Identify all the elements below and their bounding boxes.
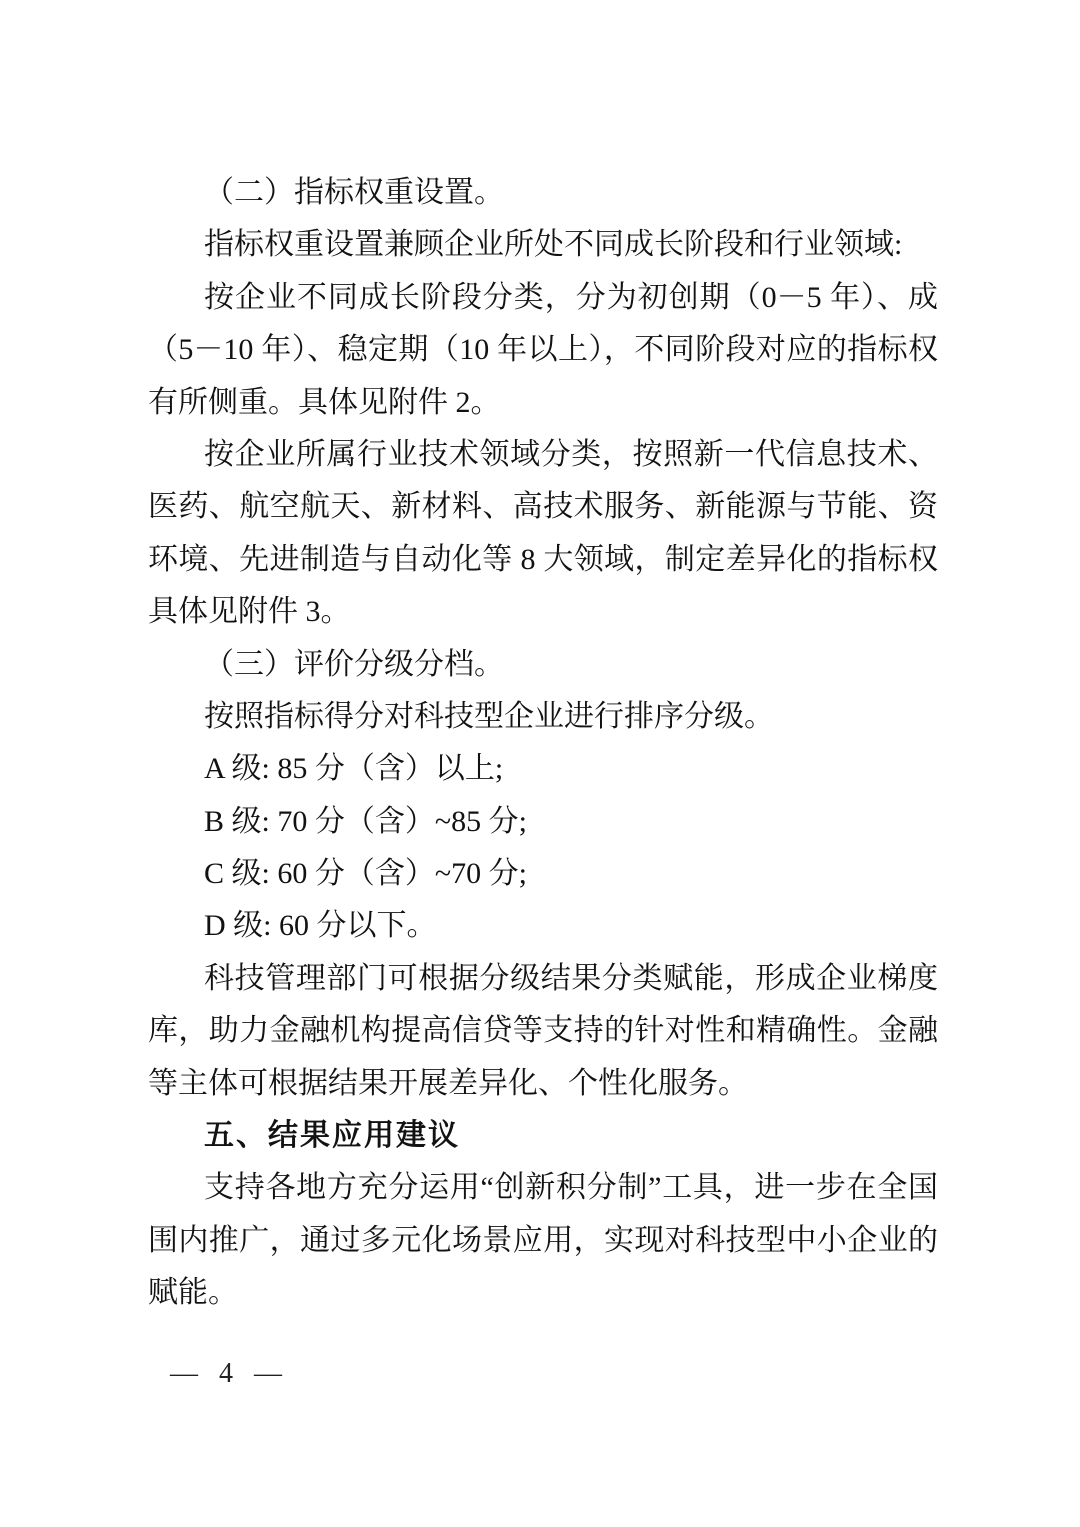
para-empower-line-3: 等主体可根据结果开展差异化、个性化服务。: [148, 1058, 938, 1110]
para-promotion-line-3: 赋能。: [148, 1267, 938, 1319]
grade-d-line: D 级: 60 分以下。: [148, 900, 938, 952]
para-industry-line-2: 医药、航空航天、新材料、高技术服务、新能源与节能、资源与: [148, 481, 938, 533]
para-empower-line-1: 科技管理部门可根据分级结果分类赋能，形成企业梯度培育: [148, 953, 938, 1005]
section-2-heading: （二）指标权重设置。: [148, 167, 938, 219]
para-empower-line-2: 库，助力金融机构提高信贷等支持的针对性和精确性。金融机构: [148, 1005, 938, 1057]
para-growth-stage-line-2: （5－10 年）、稳定期（10 年以上），不同阶段对应的指标权重应: [148, 324, 938, 376]
grade-b-line: B 级: 70 分（含）~85 分;: [148, 796, 938, 848]
para-industry-line-3: 环境、先进制造与自动化等 8 大领域，制定差异化的指标权重。: [148, 534, 938, 586]
document-page: （二）指标权重设置。 指标权重设置兼顾企业所处不同成长阶段和行业领域: 按企业不…: [0, 0, 1080, 1527]
section-3-heading: （三）评价分级分档。: [148, 639, 938, 691]
document-body: （二）指标权重设置。 指标权重设置兼顾企业所处不同成长阶段和行业领域: 按企业不…: [148, 167, 938, 1320]
grade-c-line: C 级: 60 分（含）~70 分;: [148, 848, 938, 900]
grade-a-line: A 级: 85 分（含）以上;: [148, 743, 938, 795]
para-weights-intro: 指标权重设置兼顾企业所处不同成长阶段和行业领域:: [148, 219, 938, 271]
para-promotion-line-2: 围内推广，通过多元化场景应用，实现对科技型中小企业的精准: [148, 1215, 938, 1267]
section-5-heading: 五、结果应用建议: [148, 1110, 938, 1162]
para-growth-stage-line-3: 有所侧重。具体见附件 2。: [148, 377, 938, 429]
para-promotion-line-1: 支持各地方充分运用“创新积分制”工具，进一步在全国范: [148, 1162, 938, 1214]
para-industry-line-4: 具体见附件 3。: [148, 586, 938, 638]
para-grading-intro: 按照指标得分对科技型企业进行排序分级。: [148, 691, 938, 743]
page-number: — 4 —: [170, 1357, 289, 1391]
para-growth-stage-line-1: 按企业不同成长阶段分类，分为初创期（0－5 年）、成长期: [148, 272, 938, 324]
para-industry-line-1: 按企业所属行业技术领域分类，按照新一代信息技术、生物: [148, 429, 938, 481]
